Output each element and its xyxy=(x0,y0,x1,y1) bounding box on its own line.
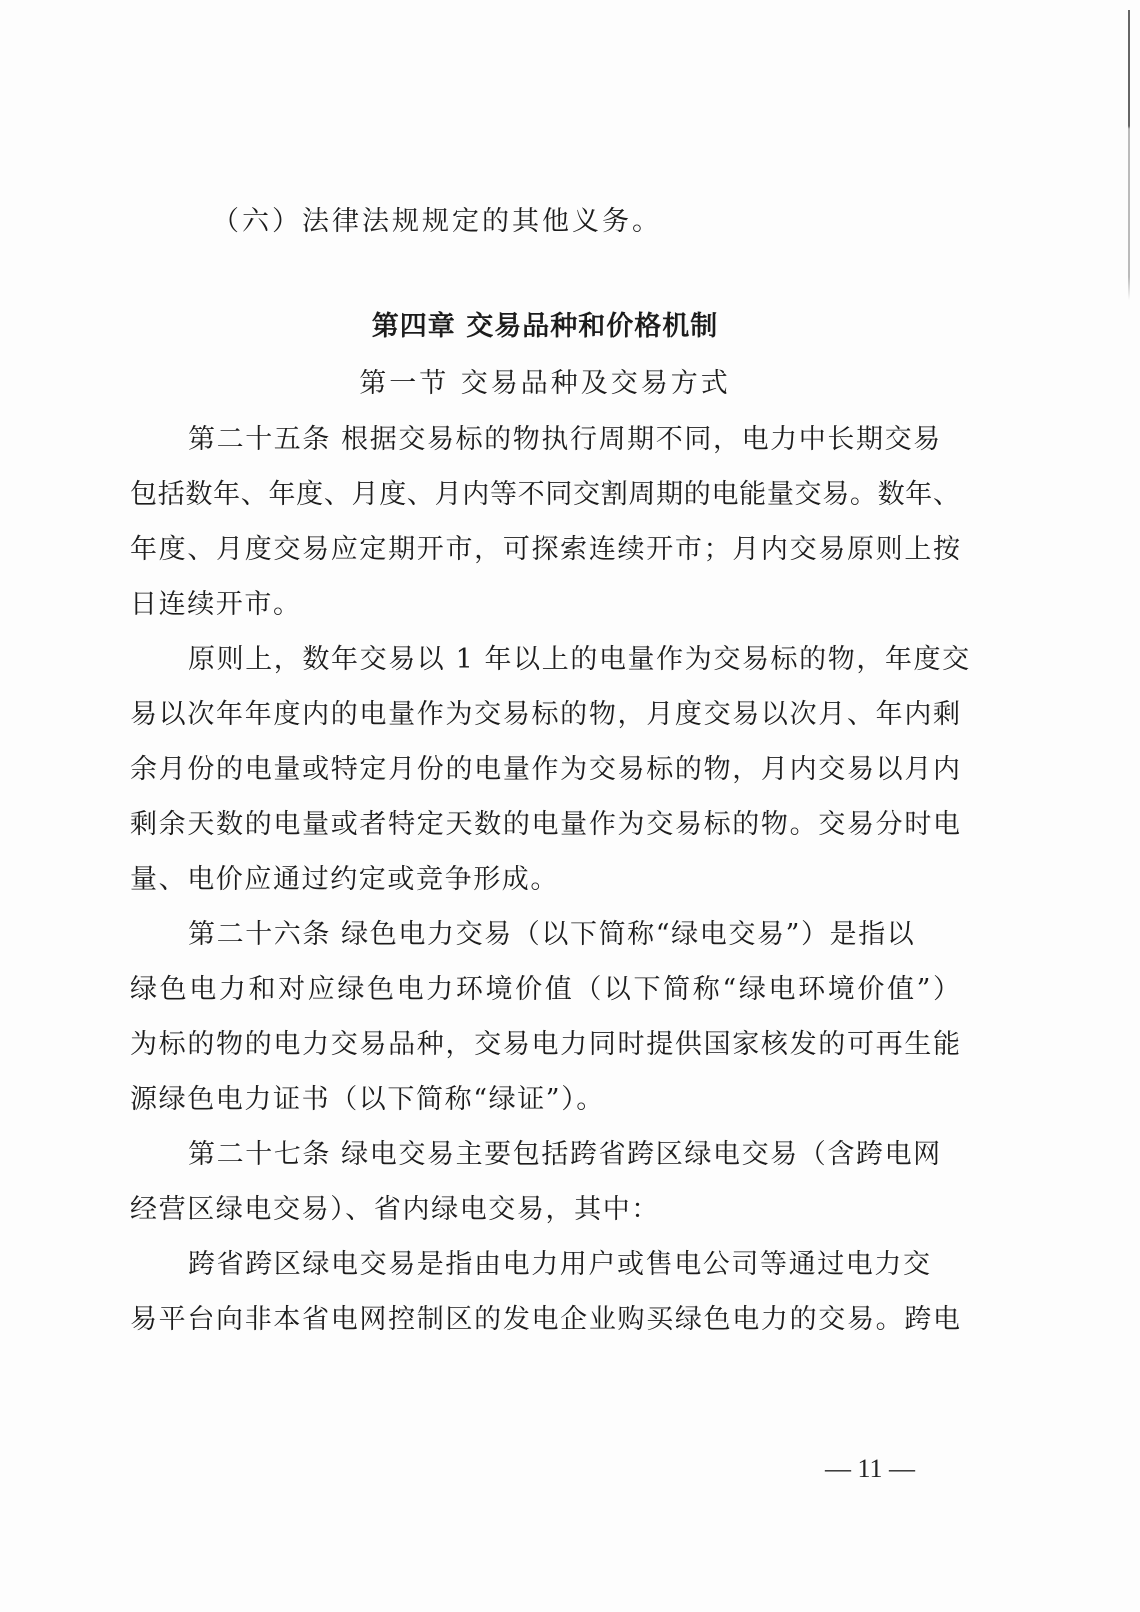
cross-region-paragraph-line-1: 跨省跨区绿电交易是指由电力用户或售电公司等通过电力交 xyxy=(188,1245,960,1285)
article-26-line-2: 绿色电力和对应绿色电力环境价值（以下简称“绿电环境价值”） xyxy=(130,970,960,1010)
paragraph-principle-line-4: 剩余天数的电量或者特定天数的电量作为交易标的物。交易分时电 xyxy=(130,805,960,845)
paragraph-principle-line-5: 量、电价应通过约定或竞争形成。 xyxy=(130,860,970,900)
paragraph-principle-line-1: 原则上，数年交易以 1 年以上的电量作为交易标的物，年度交 xyxy=(188,640,960,680)
page-number: — 11 — xyxy=(825,1452,915,1486)
chapter-title: 第四章 交易品种和价格机制 xyxy=(0,307,1090,347)
cross-region-paragraph-line-2: 易平台向非本省电网控制区的发电企业购买绿色电力的交易。跨电 xyxy=(130,1300,960,1340)
article-25-line-2: 包括数年、年度、月度、月内等不同交割周期的电能量交易。数年、 xyxy=(130,475,960,515)
article-26-line-3: 为标的物的电力交易品种，交易电力同时提供国家核发的可再生能 xyxy=(130,1025,960,1065)
article-25-line-3: 年度、月度交易应定期开市，可探索连续开市；月内交易原则上按 xyxy=(130,530,960,570)
preceding-item-6: （六）法律法规规定的其他义务。 xyxy=(212,202,1052,242)
article-25-line-1: 第二十五条 根据交易标的物执行周期不同，电力中长期交易 xyxy=(188,420,960,460)
paragraph-principle-line-2: 易以次年年度内的电量作为交易标的物，月度交易以次月、年内剩 xyxy=(130,695,960,735)
article-26-line-4: 源绿色电力证书（以下简称“绿证”）。 xyxy=(130,1080,970,1120)
article-27-line-2: 经营区绿电交易）、省内绿电交易，其中： xyxy=(130,1190,970,1230)
scan-artifact-line xyxy=(1128,10,1130,300)
article-25-line-4: 日连续开市。 xyxy=(130,585,970,625)
article-27-line-1: 第二十七条 绿电交易主要包括跨省跨区绿电交易（含跨电网 xyxy=(188,1135,960,1175)
article-26-line-1: 第二十六条 绿色电力交易（以下简称“绿电交易”）是指以 xyxy=(188,915,960,955)
paragraph-principle-line-3: 余月份的电量或特定月份的电量作为交易标的物，月内交易以月内 xyxy=(130,750,960,790)
section-title: 第一节 交易品种及交易方式 xyxy=(0,364,1090,404)
document-page: （六）法律法规规定的其他义务。 第四章 交易品种和价格机制 第一节 交易品种及交… xyxy=(0,0,1140,1612)
